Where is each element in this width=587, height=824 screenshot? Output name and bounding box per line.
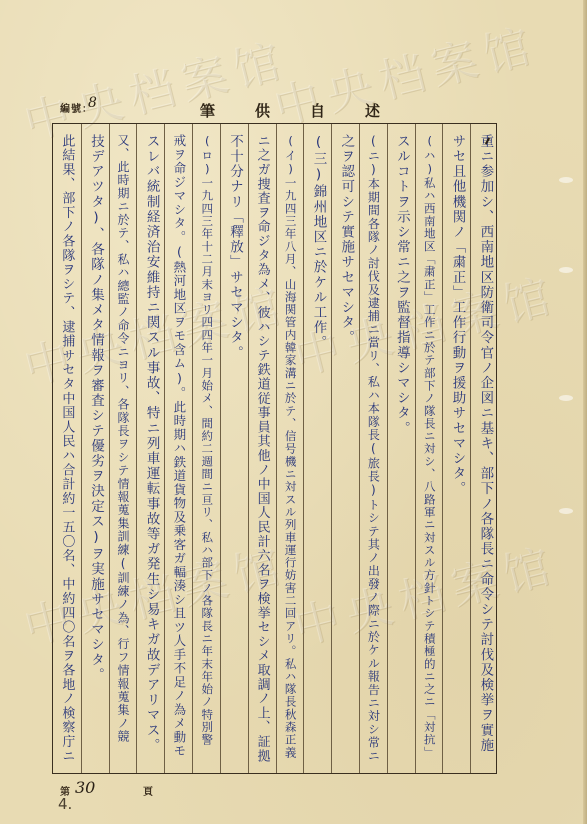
handwritten-line: 又、此時期ニ於テ、私ハ總監ノ命令ニヨリ、各隊長ヲシテ情報蒐集訓練(訓練ノ為、行フ…: [117, 134, 129, 743]
handwritten-line: (三)錦州地区ニ於ケル工作。: [311, 134, 325, 350]
binder-hole: [559, 508, 573, 514]
corner-mark: 4.: [58, 795, 72, 813]
handwritten-line: (ニ)本期間各隊ノ討伐及逮捕ニ當リ、私ハ本隊長(旅長)トシテ其ノ出發ノ際ニ於ケル…: [367, 134, 379, 762]
text-column: スレバ統制経済治安維持ニ関スル事故、特ニ列車運転事故等ガ発生シ易キガ故デアリマス…: [136, 124, 164, 773]
page-number: 30: [75, 778, 95, 797]
title-char: 筆: [200, 100, 215, 121]
text-column: 之ヲ認可シテ實施サセマシタ。: [331, 124, 359, 773]
text-column: 又、此時期ニ於テ、私ハ總監ノ命令ニヨリ、各隊長ヲシテ情報蒐集訓練(訓練ノ為、行フ…: [109, 124, 137, 773]
handwritten-line: (ロ)一九四三年十二月末ヨリ四四年一月始メ、間約二週間ニ亘リ、私ハ部下ノ各隊長ニ…: [201, 134, 213, 746]
text-column: (ロ)一九四三年十二月末ヨリ四四年一月始メ、間約二週間ニ亘リ、私ハ部下ノ各隊長ニ…: [192, 124, 220, 773]
text-column: スルコトヲ示シ常ニ之ヲ監督指導シマシタ。: [387, 124, 415, 773]
handwritten-line: 戒ヲ命ジマシタ。(熱河地区ヲモ含ム)。此時期ハ鉄道貨物及乗客ガ輻湊シ且ツ人手不足…: [172, 134, 185, 758]
handwritten-line: ニ之ガ捜査ヲ命ジタ為メ、彼ハシテ鉄道従事員其他ノ中国人民計六名ヲ検挙セシメ取調ノ…: [256, 134, 269, 763]
text-column: 重ニ参加シ、西南地区防衛司令官ノ企図ニ基キ、部下ノ各隊長ニ命令シテ討伐及検挙ヲ實…: [470, 124, 498, 773]
text-column: 技デアツタ)、各隊ノ集メタ情報ヲ審査シテ優劣ヲ決定ス)ヲ実施サセマシタ。: [81, 124, 109, 773]
handwritten-line: 技デアツタ)、各隊ノ集メタ情報ヲ審査シテ優劣ヲ決定ス)ヲ実施サセマシタ。: [88, 134, 102, 683]
text-column: ニ之ガ捜査ヲ命ジタ為メ、彼ハシテ鉄道従事員其他ノ中国人民計六名ヲ検挙セシメ取調ノ…: [248, 124, 276, 773]
number-value: 8: [88, 95, 97, 111]
handwritten-line: (ハ)私ハ西南地区「粛正」工作ニ於テ部下ノ隊長ニ対シ、八路軍ニ対スル方針トシテ積…: [423, 134, 435, 759]
text-column: 不十分ナリ「釋放」サセマシタ。: [220, 124, 248, 773]
handwritten-line: 之ヲ認可シテ實施サセマシタ。: [339, 134, 353, 345]
handwritten-line: (イ)一九四三年八月、山海関管内韓家溝ニ於テ、信号機ニ対スル列車運行妨害二回アリ…: [284, 134, 296, 759]
binder-hole: [559, 267, 573, 273]
text-column: 此結果、部下ノ各隊ヲシテ、逮捕サセタ中国人民ハ合計約一五〇名、中約四〇名ヲ各地ノ…: [53, 124, 81, 773]
title-char: 自: [310, 100, 325, 121]
handwritten-line: 此結果、部下ノ各隊ヲシテ、逮捕サセタ中国人民ハ合計約一五〇名、中約四〇名ヲ各地ノ…: [60, 134, 73, 763]
handwritten-line: スレバ統制経済治安維持ニ関スル事故、特ニ列車運転事故等ガ発生シ易キガ故デアリマス…: [144, 134, 158, 753]
handwritten-line: 重ニ参加シ、西南地区防衛司令官ノ企図ニ基キ、部下ノ各隊長ニ命令シテ討伐及検挙ヲ實…: [478, 134, 492, 753]
text-column: (イ)一九四三年八月、山海関管内韓家溝ニ於テ、信号機ニ対スル列車運行妨害二回アリ…: [276, 124, 304, 773]
document-page: 中央档案馆 中央档案馆 中央档案馆 中央档案馆 中央档案馆 中央档案馆 編號： …: [0, 0, 587, 824]
text-column: (三)錦州地区ニ於ケル工作。: [303, 124, 331, 773]
title-char: 述: [365, 100, 380, 121]
page-title: 筆 供 自 述: [200, 100, 380, 121]
ruled-text-grid: 此結果、部下ノ各隊ヲシテ、逮捕サセタ中国人民ハ合計約一五〇名、中約四〇名ヲ各地ノ…: [52, 123, 497, 774]
handwritten-line: サセ且他機関ノ「粛正」工作行動ヲ援助サセマシタ。: [450, 134, 464, 496]
page-suffix: 頁: [143, 783, 153, 798]
title-char: 供: [255, 100, 270, 121]
binder-hole: [559, 395, 573, 401]
binder-hole: [559, 177, 573, 183]
text-column: 戒ヲ命ジマシタ。(熱河地区ヲモ含ム)。此時期ハ鉄道貨物及乗客ガ輻湊シ且ツ人手不足…: [164, 124, 192, 773]
handwritten-line: 不十分ナリ「釋放」サセマシタ。: [228, 134, 242, 361]
text-column: (ニ)本期間各隊ノ討伐及逮捕ニ當リ、私ハ本隊長(旅長)トシテ其ノ出發ノ際ニ於ケル…: [359, 124, 387, 773]
text-column: サセ且他機関ノ「粛正」工作行動ヲ援助サセマシタ。: [442, 124, 470, 773]
handwritten-line: スルコトヲ示シ常ニ之ヲ監督指導シマシタ。: [394, 134, 408, 436]
text-column: (ハ)私ハ西南地区「粛正」工作ニ於テ部下ノ隊長ニ対シ、八路軍ニ対スル方針トシテ積…: [415, 124, 443, 773]
